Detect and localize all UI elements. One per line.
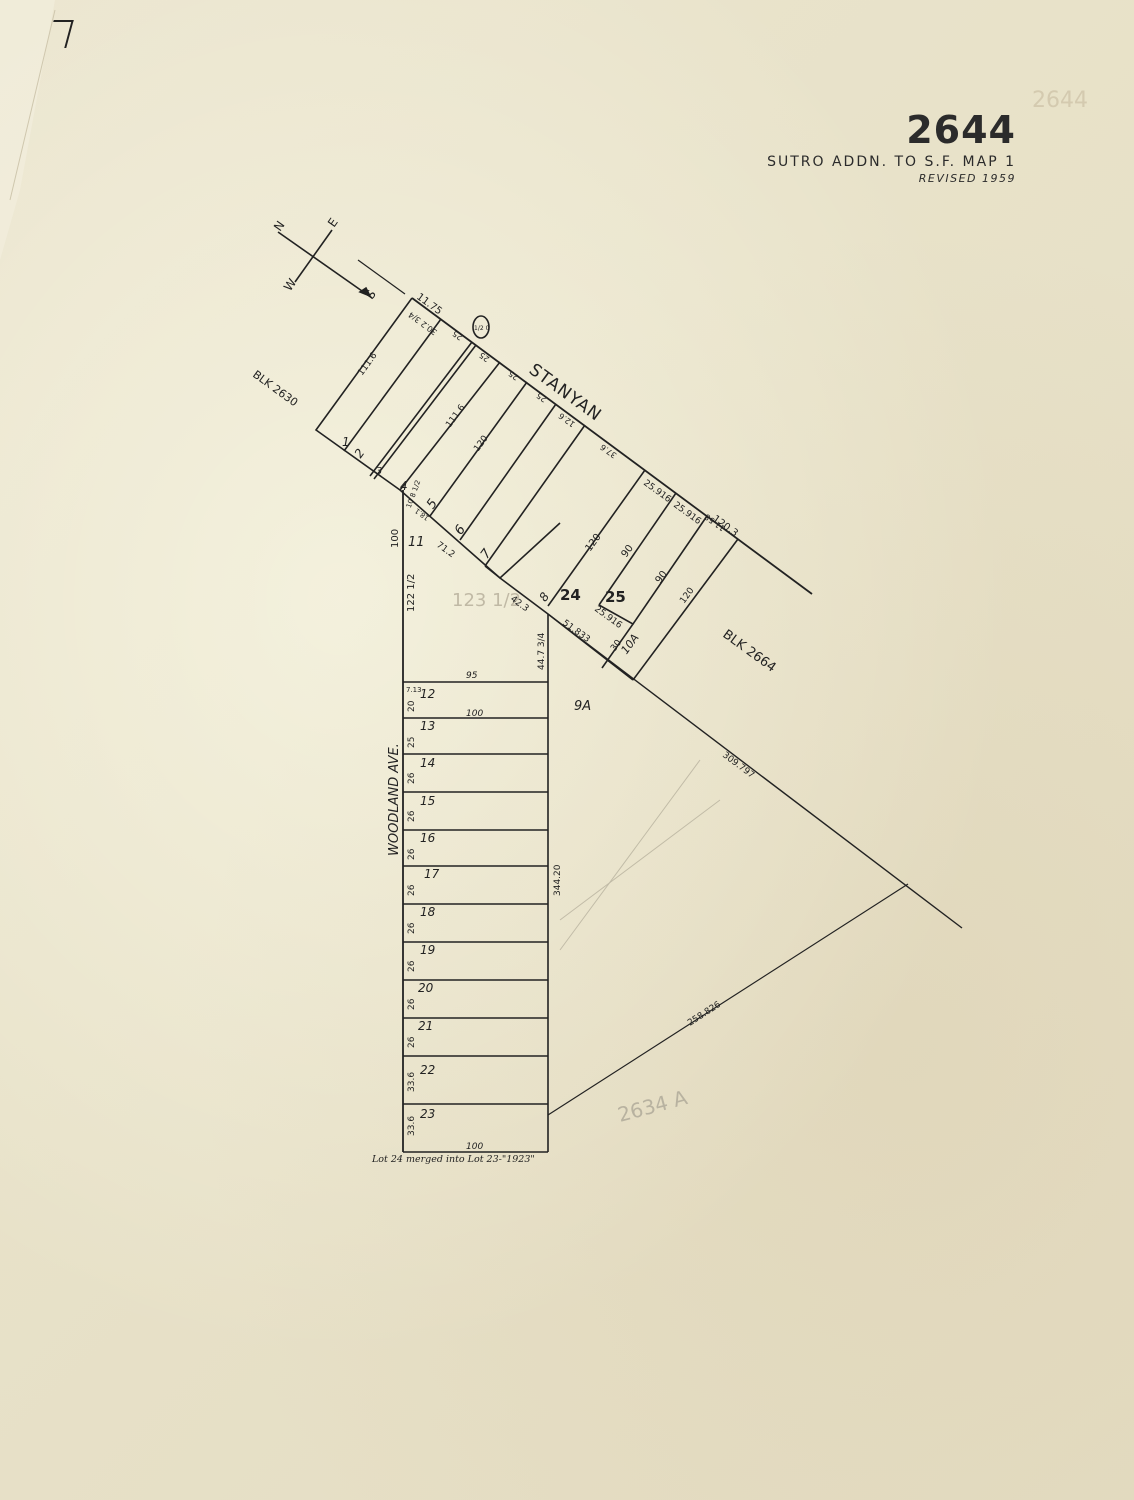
lot-21-front: 26 [407,1036,417,1048]
lot-7: 7 [478,546,495,562]
pencil-block-note: 2634 A [615,1085,690,1127]
lot-11: 11 [408,535,425,550]
lot-16: 16 [420,831,436,845]
dim-lot2: 25 [451,329,465,342]
dim-rear7: 71.2 [434,540,456,560]
lot-5: 5 [424,496,441,512]
dim-start: 11.75 [414,292,444,318]
depth-lot4: 111.6 [444,403,467,430]
lot-22-front: 33.6 [407,1072,417,1092]
dim-lot6: 25 [535,391,549,404]
lot-12: 12 [420,687,435,701]
lot-14: 14 [420,756,435,770]
lot-20-front: 26 [407,998,417,1010]
dim-lot8: 37.6 [599,442,619,460]
plat-drawing: N E W S STANYAN WOODLAND AVE. BLK 2630 B… [0,0,1134,1500]
dim-lot12-side: 44.7 3/4 [537,632,547,670]
dim-lot11-front: 100 [390,529,401,548]
depth-lot1: 111.6 [356,351,379,378]
lot-13-front: 25 [407,737,417,748]
dim-lot13-depth: 100 [466,709,483,719]
compass-s: S [363,287,379,301]
lot-1: 1 [342,435,350,449]
depth-lot10a: 120 [678,586,696,606]
lot-14-front: 26 [407,772,417,784]
lot-16-front: 26 [407,848,417,860]
depth-lot25: 90 [654,569,670,586]
dim-diag-a: 51.833 [560,618,591,645]
lot-12-front: 20 [407,700,417,712]
dim-rear24-25: 25.916 [592,604,624,631]
lot-20: 20 [418,981,434,995]
lot-23-front: 33.6 [407,1116,417,1136]
lot-4: 4 [400,479,408,493]
lot-24: 24 [560,586,581,604]
lot-12-corner: 7.13 [406,686,422,694]
lot-6: 6 [452,522,469,538]
dim-lot11-side: 122 1/2 [406,574,417,612]
depth-lot8: 120 [584,532,604,554]
compass-e: E [325,215,341,229]
lot-15-front: 26 [407,810,417,822]
lot-13: 13 [420,719,435,733]
lot-2: 2 [352,446,368,460]
compass-n: N [271,218,288,233]
lot-9a: 9A [574,699,591,714]
dim-east-line: 344.20 [553,864,563,896]
dim-lot12-depth: 95 [466,671,478,681]
circled-note: 1/2 0 [474,325,490,332]
dim-lot3: 25 [478,350,492,363]
street-woodland: WOODLAND AVE. [387,743,402,856]
lot-18-front: 26 [407,922,417,934]
dim-diag-long: 309.797 [720,750,756,780]
lot-15: 15 [420,794,435,808]
lot-17-front: 26 [407,884,417,896]
lot-17: 17 [424,867,440,881]
dim-lot25: 25.916 [671,500,703,527]
dim-diag-south: 258.826 [686,1000,723,1029]
depth-lot24: 90 [620,543,636,560]
lot-19-front: 26 [407,960,417,972]
lot-23: 23 [420,1107,435,1121]
lot-18: 18 [420,905,436,919]
dim-bottom: 100 [466,1142,483,1152]
lot-21: 21 [418,1019,433,1033]
lot-22: 22 [420,1063,435,1077]
dim-lot24: 25.916 [641,478,673,505]
footnote: Lot 24 merged into Lot 23-"1923" [372,1154,535,1165]
lot-25: 25 [605,588,626,606]
block-2630: BLK 2630 [250,368,300,409]
lot-19: 19 [420,943,435,957]
lot-3: 3 [376,466,382,477]
block-2664: BLK 2664 [720,627,779,676]
